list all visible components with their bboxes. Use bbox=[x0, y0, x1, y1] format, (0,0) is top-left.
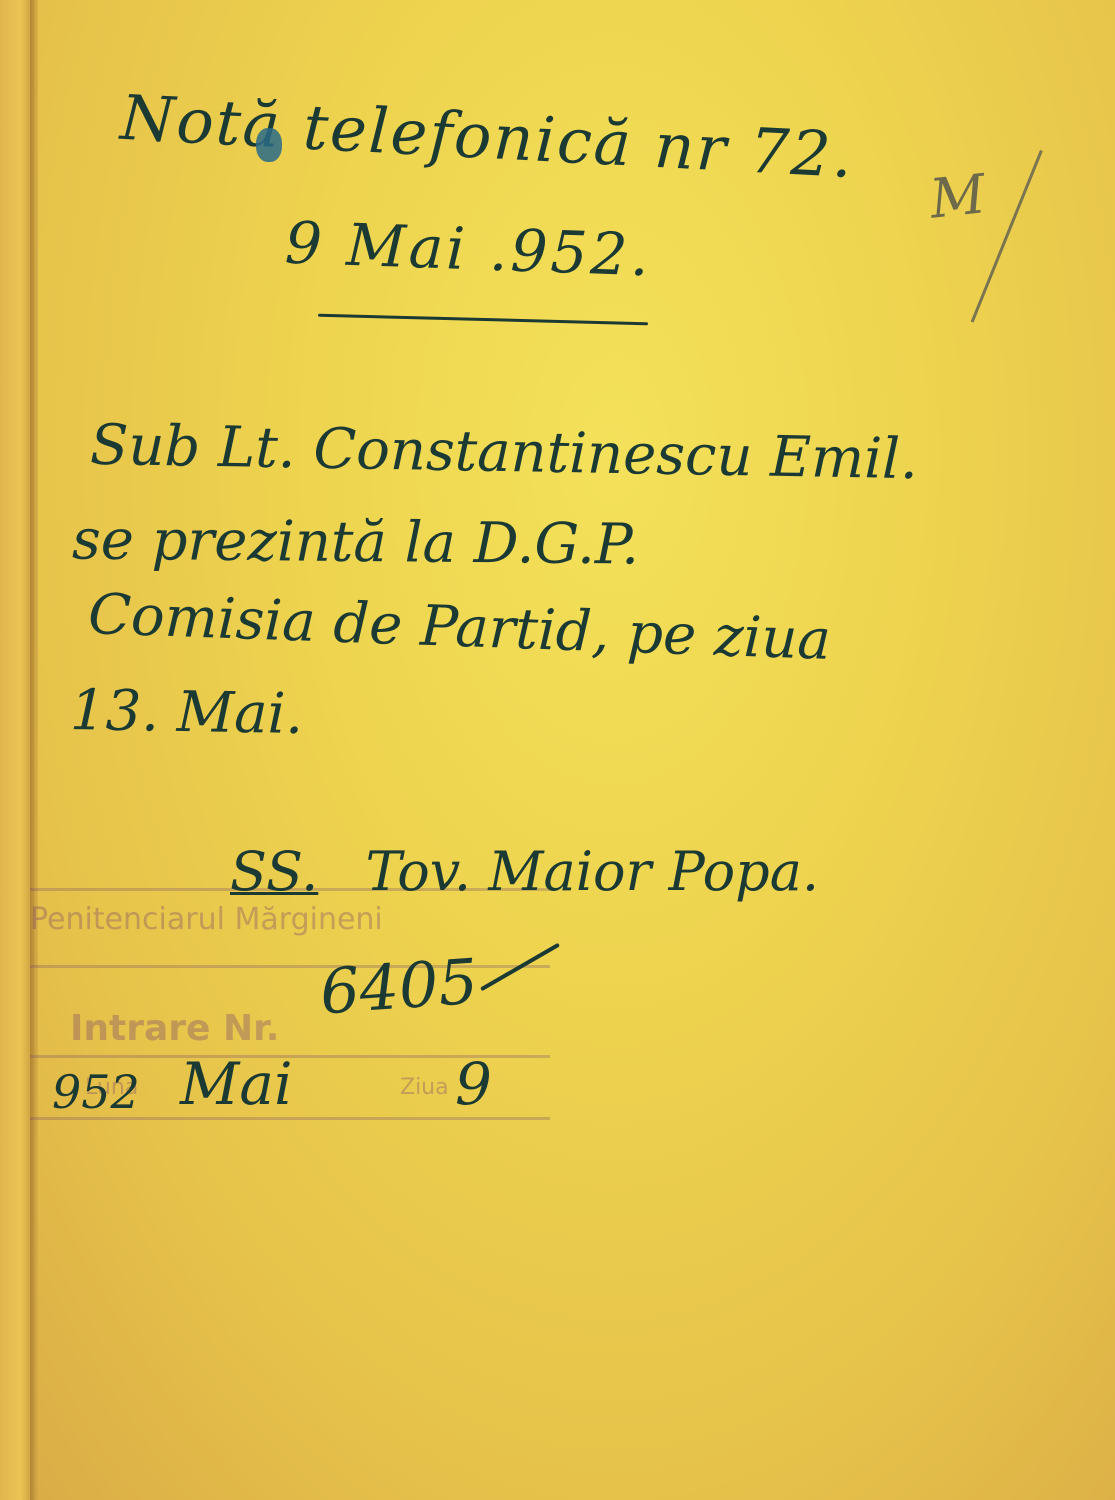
pencil-annotation: M bbox=[927, 162, 989, 230]
entry-month: Mai bbox=[180, 1050, 293, 1118]
book-gutter bbox=[30, 0, 38, 1500]
signature-prefix: SS. bbox=[230, 840, 318, 903]
body-line: 13. Mai. bbox=[69, 678, 303, 747]
body-line: Sub Lt. Constantinescu Emil. bbox=[89, 413, 918, 492]
body-line: Comisia de Partid, pe ziua bbox=[87, 582, 832, 673]
signatory-name: Tov. Maior Popa. bbox=[365, 840, 819, 903]
entry-number: 6405 bbox=[318, 945, 481, 1029]
stamp-entry-label: Intrare Nr. bbox=[70, 1008, 279, 1049]
document-page: Notă telefonică nr 72. 9 Mai .952. M Sub… bbox=[0, 0, 1115, 1500]
signature-block: SS. Tov. Maior Popa. bbox=[230, 840, 819, 903]
stamp-institution: Penitenciarul Mărgineni bbox=[30, 902, 383, 937]
title-underline bbox=[318, 314, 648, 326]
note-date: 9 Mai .952. bbox=[284, 209, 653, 290]
note-title: Notă telefonică nr 72. bbox=[119, 81, 856, 192]
facing-page-edge bbox=[0, 0, 34, 1500]
body-line: se prezintă la D.G.P. bbox=[72, 508, 640, 578]
stamp-day-label: Ziua bbox=[400, 1075, 449, 1100]
entry-year: 952 bbox=[52, 1065, 140, 1119]
entry-day: 9 bbox=[455, 1050, 492, 1118]
ink-blot bbox=[256, 128, 282, 162]
